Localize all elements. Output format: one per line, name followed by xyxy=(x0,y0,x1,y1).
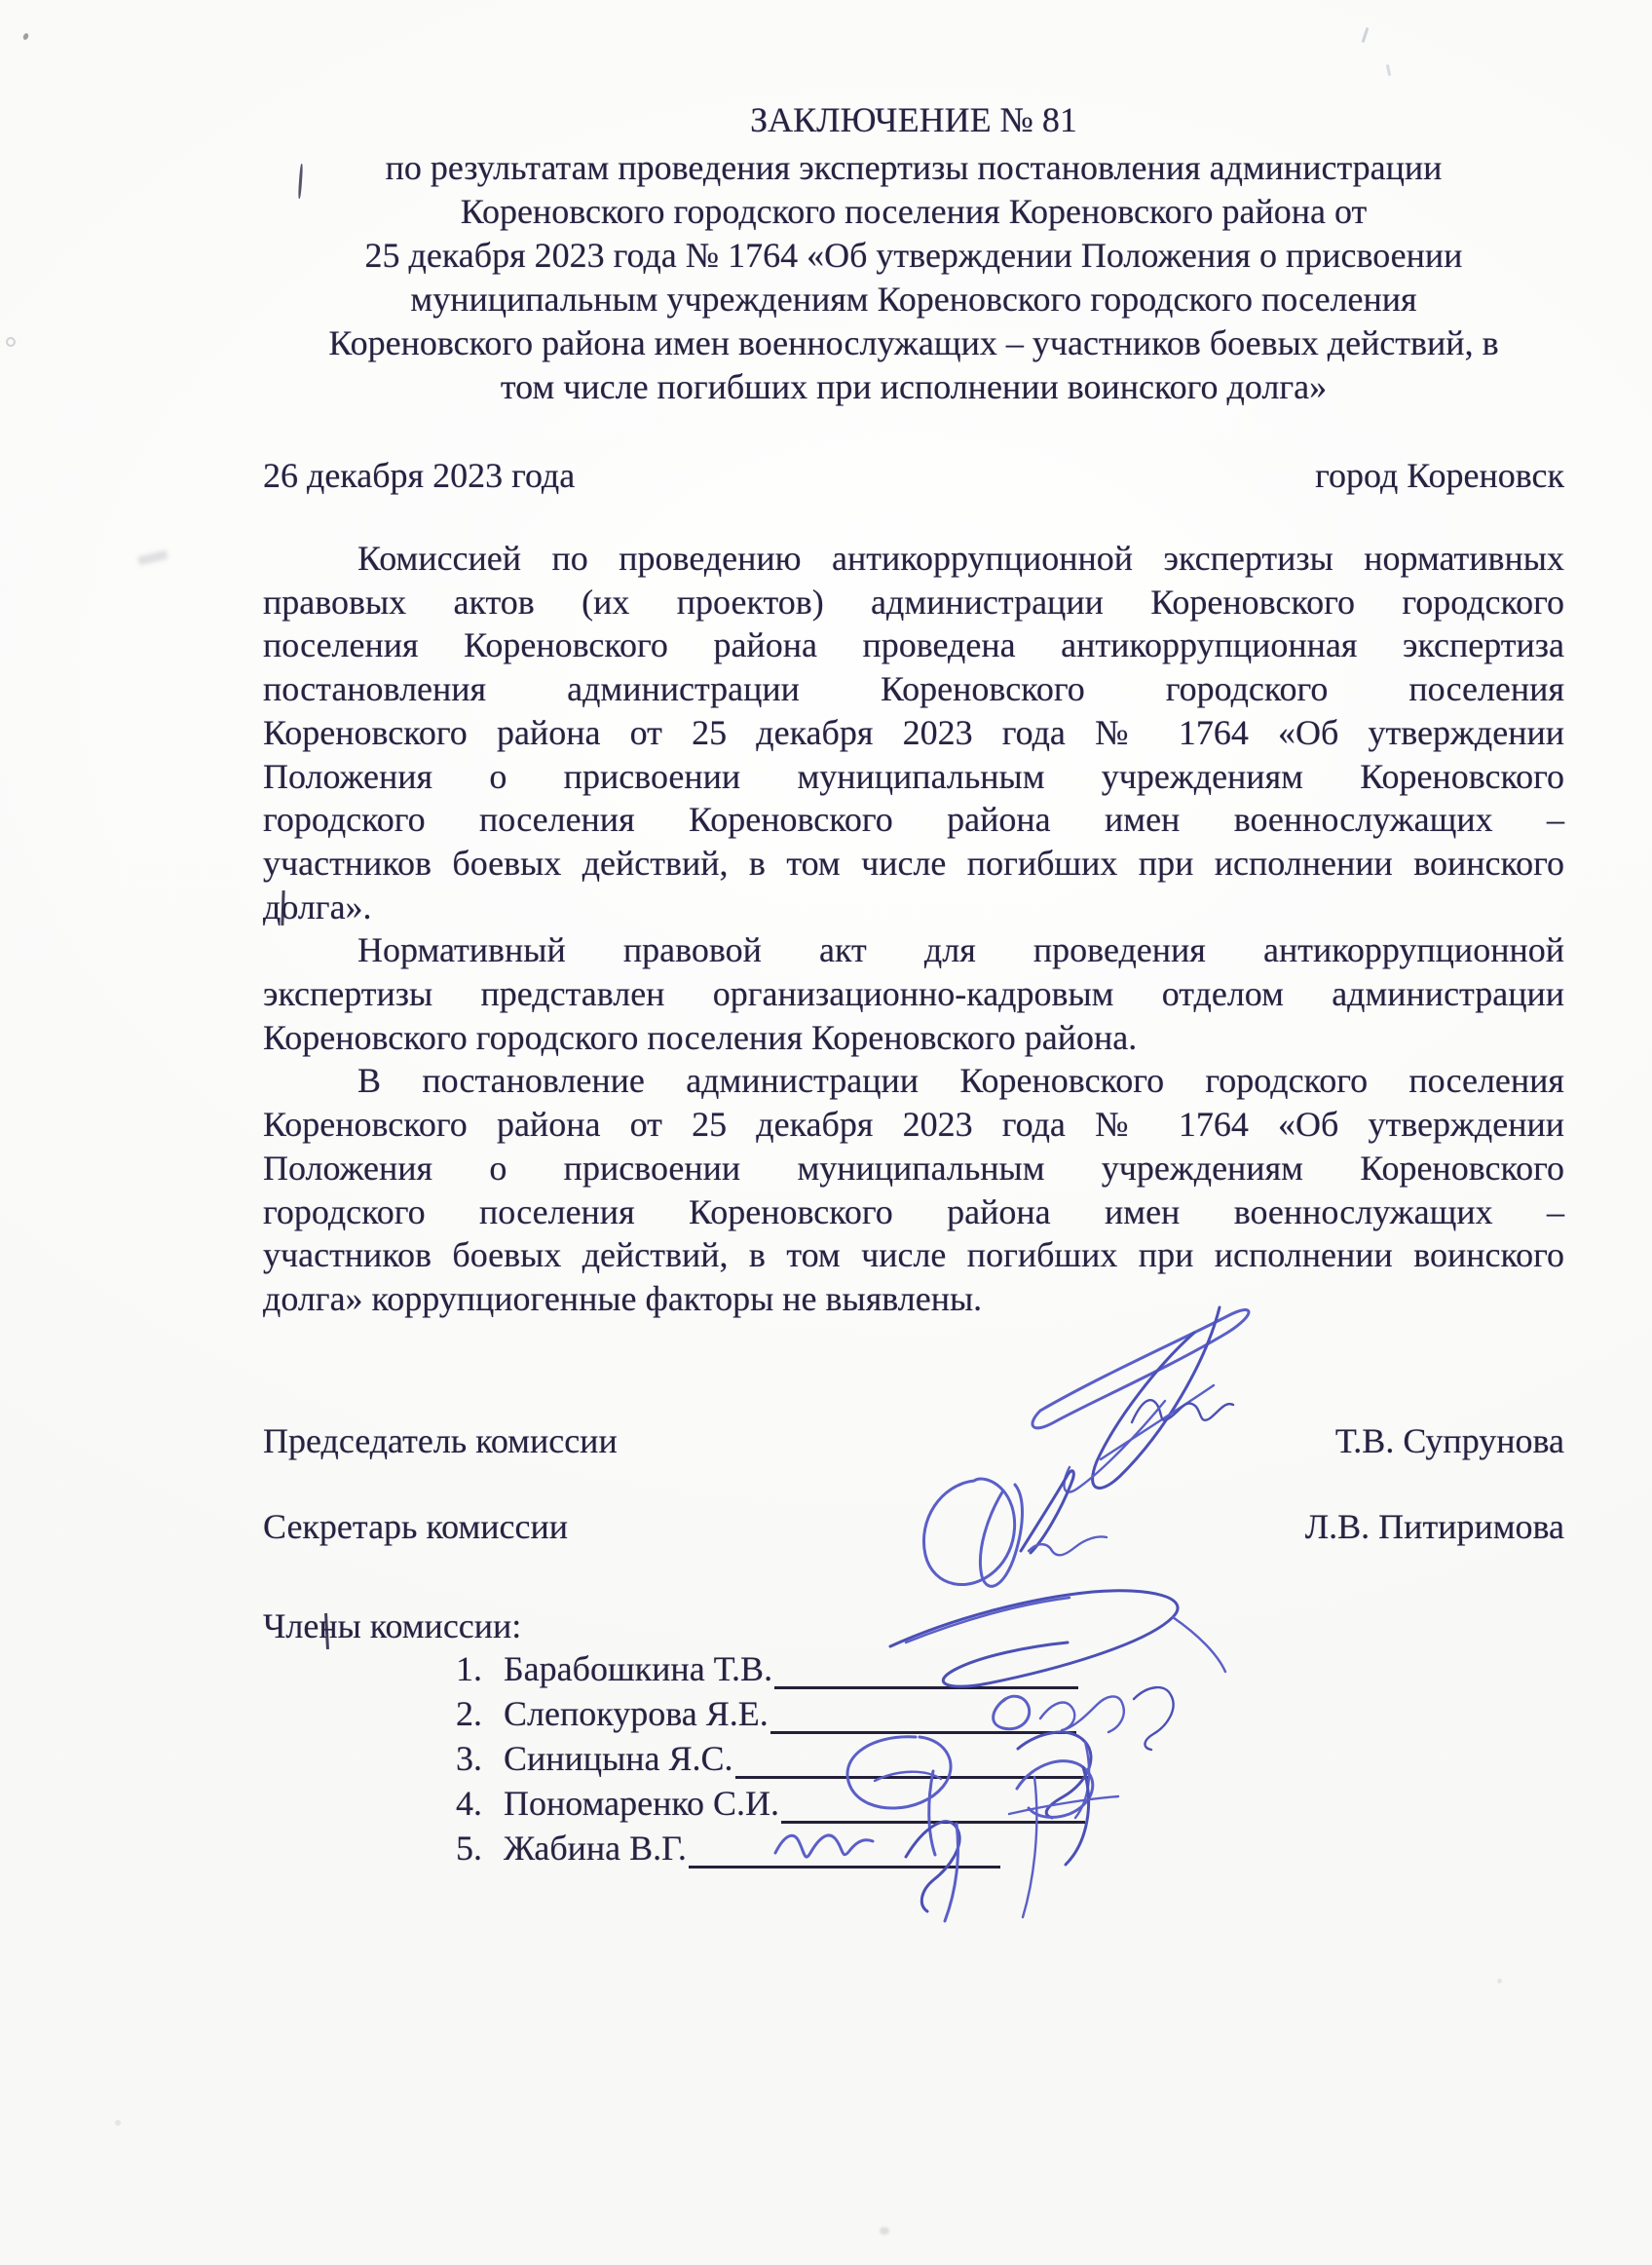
document-date: 26 декабря 2023 года xyxy=(263,454,575,498)
member-row: 4.Пономаренко С.И. xyxy=(456,1781,1333,1826)
signature-underline xyxy=(774,1678,1078,1689)
paragraph-line: поселения Кореновского района проведена … xyxy=(263,623,1564,667)
signatory-name: Т.В. Супрунова xyxy=(1335,1419,1564,1463)
role-label: Секретарь комиссии xyxy=(263,1505,568,1549)
signatory-name: Л.В. Питиримова xyxy=(1305,1505,1564,1549)
member-row: 5.Жабина В.Г. xyxy=(456,1826,1333,1870)
signature-underline xyxy=(770,1722,1076,1734)
paragraph-line: Кореновского городского поселения Корено… xyxy=(263,1016,1564,1060)
members-heading: Члены комиссии: xyxy=(263,1604,521,1648)
title-line: 25 декабря 2023 года № 1764 «Об утвержде… xyxy=(263,234,1564,278)
member-name: Барабошкина Т.В. xyxy=(504,1649,772,1688)
title-line: том числе погибших при исполнении воинск… xyxy=(263,365,1564,409)
member-row: 1.Барабошкина Т.В. xyxy=(456,1646,1333,1691)
scan-artifact xyxy=(1497,1979,1502,1983)
member-row: 2.Слепокурова Я.Е. xyxy=(456,1691,1333,1736)
scanned-document-page: ЗАКЛЮЧЕНИЕ № 81 по результатам проведени… xyxy=(0,0,1652,2265)
paragraph-line: Положения о присвоении муниципальным учр… xyxy=(263,755,1564,799)
paragraph-line: участников боевых действий, в том числе … xyxy=(263,842,1564,886)
paragraph-line: Комиссией по проведению антикоррупционно… xyxy=(263,537,1564,581)
signature-underline xyxy=(781,1812,1085,1824)
signature-row-secretary: Секретарь комиссии Л.В. Питиримова xyxy=(263,1505,1564,1549)
page-title: ЗАКЛЮЧЕНИЕ № 81 xyxy=(263,98,1564,142)
member-name: Слепокурова Я.Е. xyxy=(504,1694,769,1733)
document-body: Комиссией по проведению антикоррупционно… xyxy=(263,537,1564,1321)
paragraph-line: долга» коррупциогенные факторы не выявле… xyxy=(263,1277,1564,1321)
member-number: 1. xyxy=(456,1646,504,1691)
scan-artifact xyxy=(6,337,16,347)
title-line: Кореновского городского поселения Корено… xyxy=(263,190,1564,234)
title-line: Кореновского района имен военнослужащих … xyxy=(263,321,1564,365)
paragraph-line: Кореновского района от 25 декабря 2023 г… xyxy=(263,1103,1564,1147)
member-name: Синицына Я.С. xyxy=(504,1739,733,1778)
scan-artifact xyxy=(1362,27,1370,43)
role-label: Председатель комиссии xyxy=(263,1419,618,1463)
member-number: 2. xyxy=(456,1691,504,1736)
paragraph-line: долга». xyxy=(263,886,1564,929)
scan-artifact xyxy=(22,32,29,40)
title-line: муниципальным учреждениям Кореновского г… xyxy=(263,278,1564,321)
member-row: 3.Синицына Я.С. xyxy=(456,1736,1333,1781)
scan-artifact xyxy=(115,2120,121,2126)
signature-row-chair: Председатель комиссии Т.В. Супрунова xyxy=(263,1419,1564,1463)
signature-underline xyxy=(735,1767,1090,1779)
paragraph-line: Кореновского района от 25 декабря 2023 г… xyxy=(263,711,1564,755)
paragraph-line: правовых актов (их проектов) администрац… xyxy=(263,581,1564,624)
dateline: 26 декабря 2023 года город Кореновск xyxy=(263,454,1564,498)
paragraph-line: В постановление администрации Кореновско… xyxy=(263,1059,1564,1103)
paragraph-line: Положения о присвоении муниципальным учр… xyxy=(263,1147,1564,1190)
member-name: Жабина В.Г. xyxy=(504,1829,687,1868)
member-name: Пономаренко С.И. xyxy=(504,1784,779,1823)
paragraph-line: городского поселения Кореновского района… xyxy=(263,1190,1564,1234)
document-place: город Кореновск xyxy=(1315,454,1564,498)
title-line: по результатам проведения экспертизы пос… xyxy=(263,146,1564,190)
member-number: 3. xyxy=(456,1736,504,1781)
scan-artifact xyxy=(880,2227,889,2235)
document-title-block: ЗАКЛЮЧЕНИЕ № 81 по результатам проведени… xyxy=(263,98,1564,409)
scan-artifact xyxy=(1386,64,1391,76)
member-number: 4. xyxy=(456,1781,504,1826)
paragraph-line: постановления администрации Кореновского… xyxy=(263,667,1564,711)
members-list: 1.Барабошкина Т.В. 2.Слепокурова Я.Е. 3.… xyxy=(456,1646,1333,1870)
paragraph-line: Нормативный правовой акт для проведения … xyxy=(263,928,1564,972)
scan-artifact xyxy=(137,550,168,566)
member-number: 5. xyxy=(456,1826,504,1870)
paragraph-line: городского поселения Кореновского района… xyxy=(263,798,1564,842)
signature-ink-suprunova xyxy=(1032,1307,1249,1492)
signature-underline xyxy=(689,1857,1000,1869)
paragraph-line: экспертизы представлен организационно-ка… xyxy=(263,972,1564,1016)
paragraph-line: участников боевых действий, в том числе … xyxy=(263,1233,1564,1277)
